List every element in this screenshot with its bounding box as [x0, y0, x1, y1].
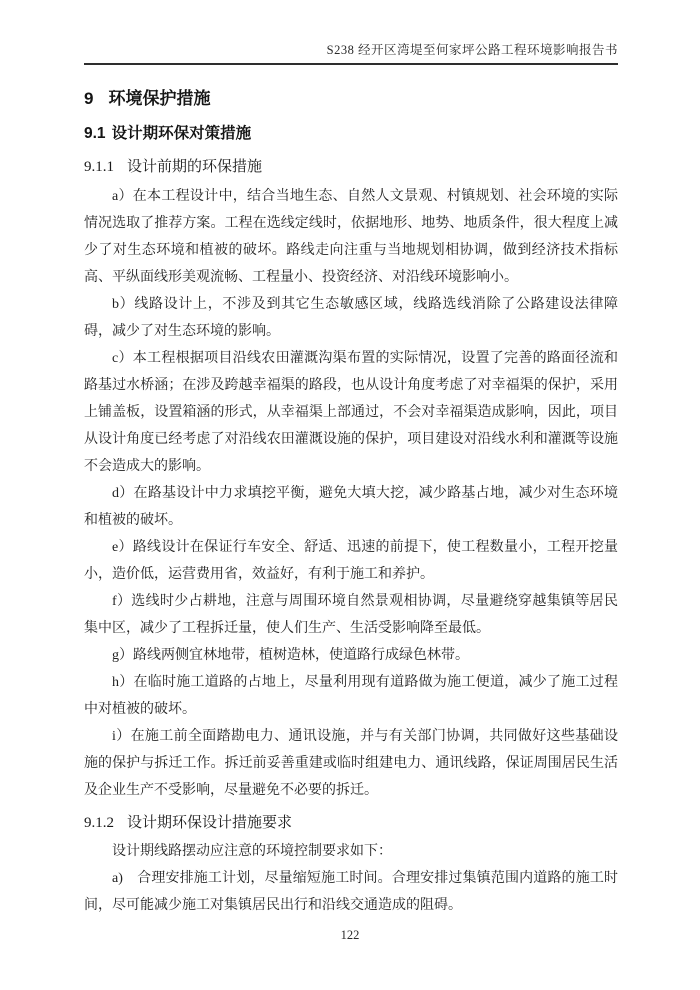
subsection-number: 9.1.1 — [84, 159, 114, 175]
header-rule — [84, 63, 618, 65]
paragraph-h: h）在临时施工道路的占地上，尽量利用现有道路做为施工便道，减少了施工过程中对植被… — [84, 669, 618, 723]
paragraph-e: e）路线设计在保证行车安全、舒适、迅速的前提下，使工程数量小，工程开挖量小，造价… — [84, 534, 618, 588]
section-number: 9.1 — [84, 125, 106, 142]
paragraph-f: f）选线时少占耕地，注意与周围环境自然景观相协调，尽量避绕穿越集镇等居民集中区，… — [84, 588, 618, 642]
section-heading-9-1: 9.1设计期环保对策措施 — [84, 123, 618, 144]
paragraph-c: c）本工程根据项目沿线农田灌溉沟渠布置的实际情况，设置了完善的路面径流和路基过水… — [84, 345, 618, 480]
paragraph-intro: 设计期线路摆动应注意的环境控制要求如下： — [84, 838, 618, 865]
paragraph-d: d）在路基设计中力求填挖平衡，避免大填大挖，减少路基占地，减少对生态环境和植被的… — [84, 480, 618, 534]
subsection-heading-9-1-1: 9.1.1设计前期的环保措施 — [84, 157, 618, 178]
chapter-heading: 9环境保护措施 — [84, 88, 618, 110]
running-header: S238 经开区湾堤至何家坪公路工程环境影响报告书 — [84, 42, 618, 58]
subsection-title: 设计前期的环保措施 — [127, 159, 262, 175]
subsection-number: 9.1.2 — [84, 815, 114, 831]
subsection-title: 设计期环保设计措施要求 — [127, 815, 292, 831]
subsection-9-1-2-body: 设计期线路摆动应注意的环境控制要求如下： a) 合理安排施工计划，尽量缩短施工时… — [84, 838, 618, 919]
page-number: 122 — [0, 928, 700, 943]
paragraph-b: b）线路设计上，不涉及到其它生态敏感区域，线路选线消除了公路建设法律障碍，减少了… — [84, 291, 618, 345]
page-content: S238 经开区湾堤至何家坪公路工程环境影响报告书 9环境保护措施 9.1设计期… — [0, 0, 700, 919]
paragraph-i: i）在施工前全面踏勘电力、通讯设施，并与有关部门协调，共同做好这些基础设施的保护… — [84, 723, 618, 804]
paragraph-a: a）在本工程设计中，结合当地生态、自然人文景观、村镇规划、社会环境的实际情况选取… — [84, 183, 618, 291]
subsection-heading-9-1-2: 9.1.2设计期环保设计措施要求 — [84, 813, 618, 834]
chapter-title: 环境保护措施 — [108, 89, 210, 108]
subsection-9-1-1-body: a）在本工程设计中，结合当地生态、自然人文景观、村镇规划、社会环境的实际情况选取… — [84, 183, 618, 804]
section-title: 设计期环保对策措施 — [112, 125, 252, 142]
paragraph-g: g）路线两侧宜林地带，植树造林，使道路行成绿色林带。 — [84, 642, 618, 669]
document-page: S238 经开区湾堤至何家坪公路工程环境影响报告书 9环境保护措施 9.1设计期… — [0, 0, 700, 990]
paragraph-a2: a) 合理安排施工计划，尽量缩短施工时间。合理安排过集镇范围内道路的施工时间，尽… — [84, 865, 618, 919]
chapter-number: 9 — [84, 89, 93, 108]
